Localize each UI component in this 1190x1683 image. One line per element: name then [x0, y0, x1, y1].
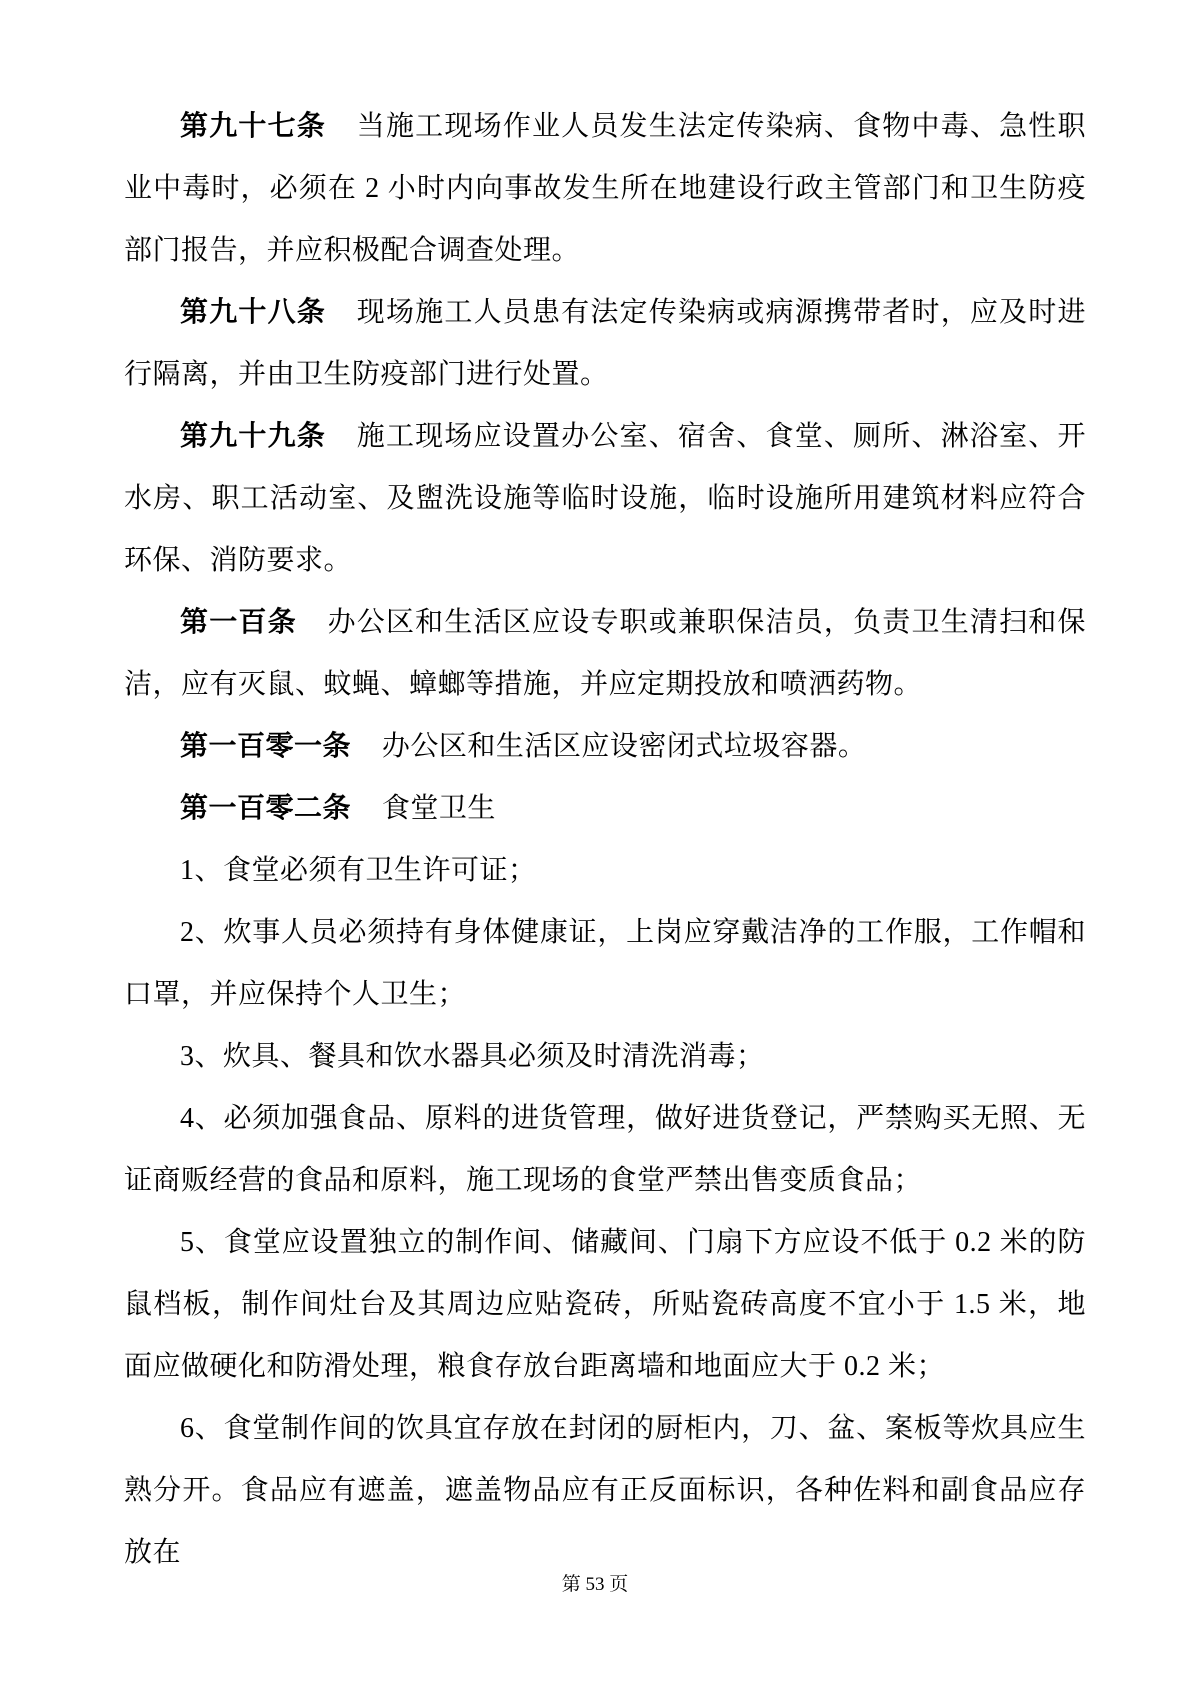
paragraph-item-1: 1、食堂必须有卫生许可证； — [124, 840, 1086, 902]
paragraph-item-6: 6、食堂制作间的饮具宜存放在封闭的厨柜内，刀、盆、案板等炊具应生熟分开。食品应有… — [124, 1398, 1086, 1584]
article-number: 第九十八条 — [180, 297, 326, 328]
page-number: 第 53 页 — [562, 1574, 629, 1595]
paragraph-text: 3、炊具、餐具和饮水器具必须及时清洗消毒； — [180, 1041, 765, 1072]
paragraph-text: 6、食堂制作间的饮具宜存放在封闭的厨柜内，刀、盆、案板等炊具应生熟分开。食品应有… — [124, 1413, 1086, 1568]
paragraph-text: 4、必须加强食品、原料的进货管理，做好进货登记，严禁购买无照、无证商贩经营的食品… — [124, 1103, 1086, 1196]
paragraph-article-101: 第一百零一条办公区和生活区应设密闭式垃圾容器。 — [124, 716, 1086, 778]
paragraph-text: 食堂卫生 — [382, 793, 496, 824]
article-number: 第一百条 — [180, 607, 297, 638]
page-footer: 第 53 页 — [0, 1572, 1190, 1598]
document-body: 第九十七条当施工现场作业人员发生法定传染病、食物中毒、急性职业中毒时，必须在 2… — [124, 96, 1086, 1584]
paragraph-article-100: 第一百条办公区和生活区应设专职或兼职保洁员，负责卫生清扫和保洁，应有灭鼠、蚊蝇、… — [124, 592, 1086, 716]
paragraph-item-2: 2、炊事人员必须持有身体健康证，上岗应穿戴洁净的工作服，工作帽和口罩，并应保持个… — [124, 902, 1086, 1026]
paragraph-item-4: 4、必须加强食品、原料的进货管理，做好进货登记，严禁购买无照、无证商贩经营的食品… — [124, 1088, 1086, 1212]
article-number: 第九十七条 — [180, 111, 326, 142]
paragraph-article-102: 第一百零二条食堂卫生 — [124, 778, 1086, 840]
article-number: 第一百零二条 — [180, 793, 351, 824]
paragraph-item-5: 5、食堂应设置独立的制作间、储藏间、门扇下方应设不低于 0.2 米的防鼠档板，制… — [124, 1212, 1086, 1398]
paragraph-article-99: 第九十九条施工现场应设置办公室、宿舍、食堂、厕所、淋浴室、开水房、职工活动室、及… — [124, 406, 1086, 592]
paragraph-text: 1、食堂必须有卫生许可证； — [180, 855, 537, 886]
article-number: 第一百零一条 — [180, 731, 351, 762]
paragraph-article-97: 第九十七条当施工现场作业人员发生法定传染病、食物中毒、急性职业中毒时，必须在 2… — [124, 96, 1086, 282]
document-page: 第九十七条当施工现场作业人员发生法定传染病、食物中毒、急性职业中毒时，必须在 2… — [0, 0, 1190, 1683]
article-number: 第九十九条 — [180, 421, 326, 452]
paragraph-text: 2、炊事人员必须持有身体健康证，上岗应穿戴洁净的工作服，工作帽和口罩，并应保持个… — [124, 917, 1086, 1010]
paragraph-article-98: 第九十八条现场施工人员患有法定传染病或病源携带者时，应及时进行隔离，并由卫生防疫… — [124, 282, 1086, 406]
paragraph-item-3: 3、炊具、餐具和饮水器具必须及时清洗消毒； — [124, 1026, 1086, 1088]
paragraph-text: 5、食堂应设置独立的制作间、储藏间、门扇下方应设不低于 0.2 米的防鼠档板，制… — [124, 1227, 1086, 1382]
paragraph-text: 办公区和生活区应设密闭式垃圾容器。 — [382, 731, 867, 762]
